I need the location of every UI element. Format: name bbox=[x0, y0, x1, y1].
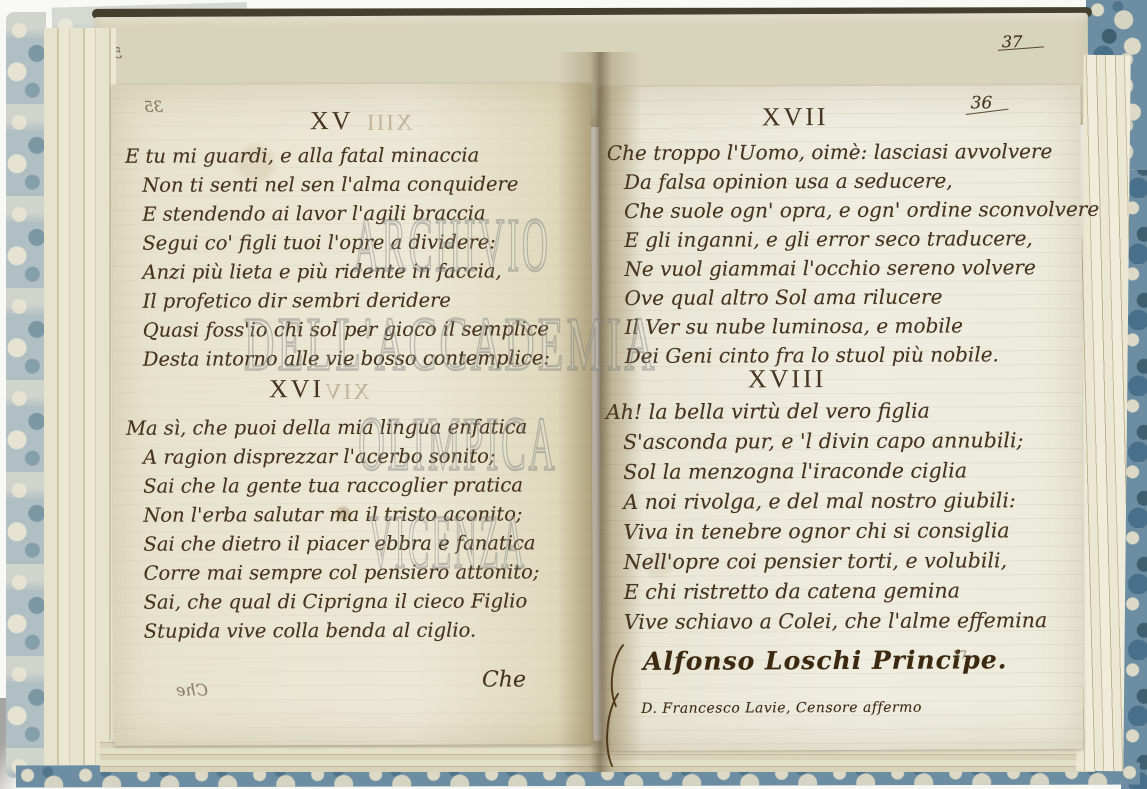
verse-line: Che troppo l'Uomo, oimè: lasciasi avvolv… bbox=[607, 137, 1099, 168]
verse-line: Anzi più lieta e più ridente in faccia, bbox=[125, 256, 549, 286]
verse-line: Viva in tenebre ognor chi si consiglia bbox=[606, 515, 1046, 547]
stanza-xv: E tu mi guardi, e alla fatal minaccia No… bbox=[125, 140, 550, 373]
verse-line: Desta intorno alle vie bosso contemplice… bbox=[126, 343, 550, 373]
verse-line: Il profetico dir sembri deridere bbox=[126, 285, 550, 315]
verse-line: E tu mi guardi, e alla fatal minaccia bbox=[125, 140, 549, 170]
verse-line: Dei Geni cinto fra lo stuol più nobile. bbox=[608, 340, 1100, 371]
folio-number-36: 36 bbox=[971, 93, 993, 113]
verse-line: Nell'opre coi pensier torti, e volubili, bbox=[607, 545, 1047, 577]
faint-margin-number-37: 37 bbox=[953, 648, 967, 661]
verse-line: E stendendo ai lavor l'agili braccia bbox=[125, 198, 549, 228]
verse-line: Quasi foss'io chi sol per gioco il sempl… bbox=[126, 314, 550, 344]
censor-signature: D. Francesco Lavie, Censore affermo bbox=[641, 700, 922, 717]
left-page-corner-showthrough: 35 bbox=[144, 98, 163, 116]
verse-line: S'asconda pur, e 'l divin capo annubili; bbox=[606, 425, 1046, 457]
verse-line: Da falsa opinion usa a seducere, bbox=[607, 166, 1099, 197]
verse-line: Ne vuol giammai l'occhio sereno volvere bbox=[607, 253, 1099, 284]
stanza-number-xv: XV bbox=[310, 106, 354, 136]
verse-line: Che suole ogn' opra, e ogn' ordine sconv… bbox=[607, 195, 1099, 226]
verse-line: Vive schiavo a Colei, che l'alme effemin… bbox=[607, 605, 1047, 637]
stanza-xvi: Ma sì, che puoi della mia lingua enfatic… bbox=[126, 412, 540, 645]
gutter-shadow bbox=[558, 52, 642, 772]
verse-line: A ragion disprezzar l'acerbo sonito; bbox=[126, 441, 539, 471]
stanza-number-xviii: XVIII bbox=[748, 364, 827, 394]
verse-line: Sol la menzogna l'iraconde ciglia bbox=[606, 455, 1046, 487]
stanza-number-xvi: XVI bbox=[269, 374, 324, 404]
verse-line: Sai, che qual di Ciprigna il cieco Figli… bbox=[127, 586, 540, 616]
left-page-bottom-showthrough: Che bbox=[176, 681, 208, 700]
verse-line: A noi rivolga, e del mal nostro giubili: bbox=[606, 485, 1046, 517]
verse-line: Ah! la bella virtù del vero figlia bbox=[606, 395, 1046, 427]
next-leaf-folio-number: 37 bbox=[1002, 32, 1022, 51]
verse-line: Non l'erba salutar ma il tristo aconito; bbox=[126, 499, 539, 529]
verse-line: Segui co' figli tuoi l'opre a dividere: bbox=[125, 227, 549, 257]
verse-line: Sai che la gente tua raccoglier pratica bbox=[126, 470, 539, 500]
catchword: Che bbox=[482, 667, 526, 692]
verse-line: Corre mai sempre col pensiero attonito; bbox=[127, 557, 540, 587]
stanza-xviii: Ah! la bella virtù del vero figlia S'asc… bbox=[606, 395, 1047, 637]
stanza-number-showthrough-xiii: XIII bbox=[365, 110, 413, 136]
verse-line: Ove qual altro Sol ama rilucere bbox=[607, 282, 1099, 313]
verse-line: Il Ver su nube luminosa, e mobile bbox=[608, 311, 1100, 342]
verse-line: Non ti senti nel sen l'alma conquidere bbox=[125, 169, 549, 199]
verse-line: E gli inganni, e gli error seco traducer… bbox=[607, 224, 1099, 255]
manuscript-open-book-scan: 37 50 35 XV XIII E tu mi guardi, e alla … bbox=[0, 0, 1147, 789]
marbled-cover-left-edge bbox=[6, 12, 46, 778]
verse-line: Ma sì, che puoi della mia lingua enfatic… bbox=[126, 412, 539, 442]
left-page: 35 XV XIII E tu mi guardi, e alla fatal … bbox=[112, 83, 593, 746]
verse-line: E chi ristretto da catena gemina bbox=[607, 575, 1047, 607]
stanza-xvii: Che troppo l'Uomo, oimè: lasciasi avvolv… bbox=[607, 137, 1100, 371]
verse-line: Stupida vive colla benda al ciglio. bbox=[127, 615, 540, 645]
right-page: 36 XVII Che troppo l'Uomo, oimè: lascias… bbox=[599, 85, 1084, 751]
verse-line: Sai che dietro il piacer ebbra e fanatic… bbox=[126, 528, 539, 558]
page-edges-left-stack bbox=[44, 28, 116, 765]
stanza-number-showthrough-xiv: XIV bbox=[323, 379, 370, 405]
stanza-number-xvii: XVII bbox=[762, 102, 829, 132]
